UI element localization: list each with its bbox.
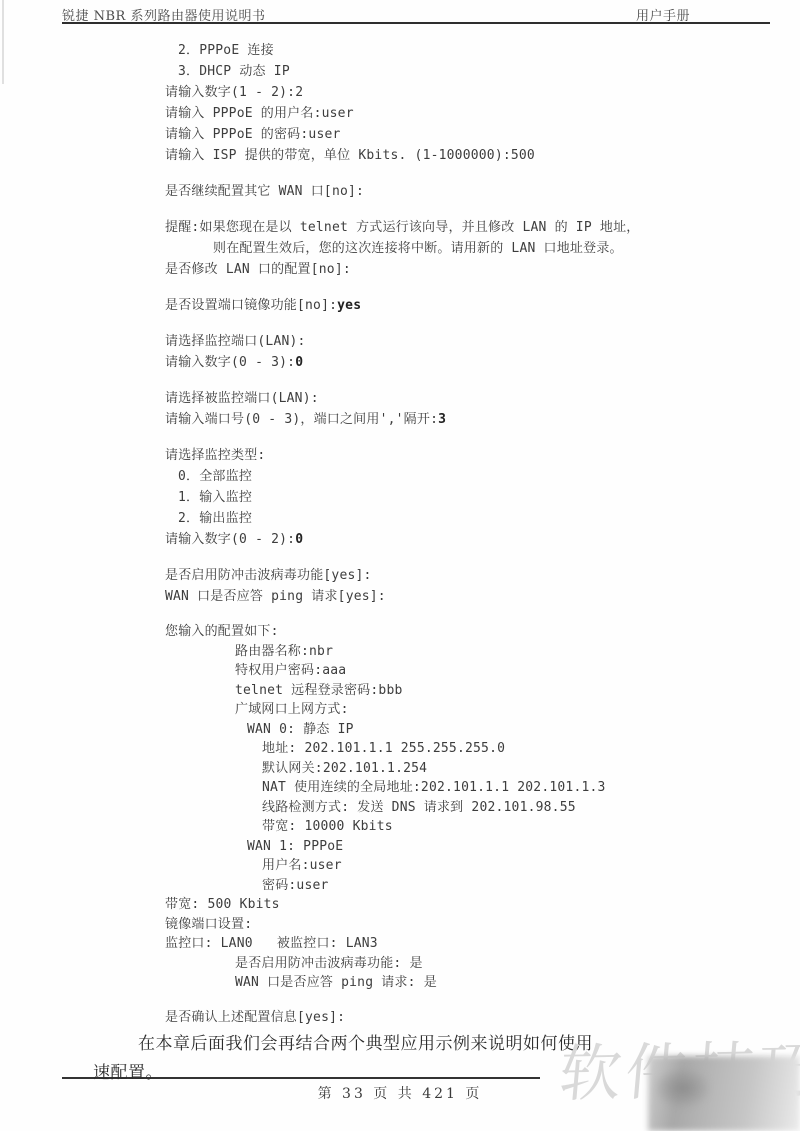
- console-line: 您输入的配置如下:: [165, 622, 725, 642]
- console-line: 提醒:如果您现在是以 telnet 方式运行该向导，并且修改 LAN 的 IP …: [165, 217, 725, 238]
- console-blank-line: [165, 607, 725, 622]
- console-blank-line: [165, 430, 725, 445]
- console-line: 请输入 PPPoE 的用户名:user: [165, 103, 725, 124]
- console-blank-line: [165, 166, 725, 181]
- console-line: 请输入数字(0 - 2):0: [165, 529, 725, 550]
- console-line: 则在配置生效后，您的这次连接将中断。请用新的 LAN 口地址登录。: [165, 238, 725, 259]
- console-line: 请输入 PPPoE 的密码:user: [165, 124, 725, 145]
- console-line: 监控口: LAN0 被监控口: LAN3: [165, 934, 725, 954]
- console-line: 请输入 ISP 提供的带宽，单位 Kbits. (1-1000000):500: [165, 145, 725, 166]
- console-line: NAT 使用连续的全局地址:202.101.1.1 202.101.1.3: [165, 778, 725, 798]
- console-line: 是否继续配置其它 WAN 口[no]:: [165, 181, 725, 202]
- page-number: 第 33 页 共 421 页: [318, 1086, 483, 1102]
- console-line: 1．输入监控: [165, 487, 725, 508]
- console-line: 特权用户密码:aaa: [165, 661, 725, 681]
- console-line: 线路检测方式: 发送 DNS 请求到 202.101.98.55: [165, 798, 725, 818]
- console-line: 密码:user: [165, 876, 725, 896]
- console-line: 请选择监控类型:: [165, 445, 725, 466]
- console-line: 是否修改 LAN 口的配置[no]:: [165, 259, 725, 280]
- header-rule: [62, 22, 770, 24]
- console-line: 地址: 202.101.1.1 255.255.255.0: [165, 739, 725, 759]
- console-line: 2．PPPoE 连接: [165, 40, 725, 61]
- console-line: 请选择监控端口(LAN):: [165, 331, 725, 352]
- console-line: 镜像端口设置:: [165, 915, 725, 935]
- console-blank-line: [165, 202, 725, 217]
- console-blank-line: [165, 316, 725, 331]
- console-line: WAN 口是否应答 ping 请求[yes]:: [165, 586, 725, 607]
- console-line: 3．DHCP 动态 IP: [165, 61, 725, 82]
- scan-blur-dark-spot: [655, 1068, 710, 1108]
- console-line: WAN 口是否应答 ping 请求: 是: [165, 973, 725, 993]
- console-line: 用户名:user: [165, 856, 725, 876]
- console-line: 2．输出监控: [165, 508, 725, 529]
- scan-edge-artifact: [2, 0, 4, 84]
- console-line: 请选择被监控端口(LAN):: [165, 388, 725, 409]
- console-line: 广域网口上网方式:: [165, 700, 725, 720]
- console-line: 带宽: 10000 Kbits: [165, 817, 725, 837]
- console-line: 请输入数字(1 - 2):2: [165, 82, 725, 103]
- console-line: 带宽: 500 Kbits: [165, 895, 725, 915]
- console-blank-line: [165, 993, 725, 1008]
- console-line: WAN 1: PPPoE: [165, 837, 725, 857]
- console-line: 请输入端口号(0 - 3)，端口之间用','隔开:3: [165, 409, 725, 430]
- console-line: 请输入数字(0 - 3):0: [165, 352, 725, 373]
- console-line: 是否启用防冲击波病毒功能[yes]:: [165, 565, 725, 586]
- console-line: 是否设置端口镜像功能[no]:yes: [165, 295, 725, 316]
- manual-page: 锐捷 NBR 系列路由器使用说明书 用户手册 2．PPPoE 连接3．DHCP …: [0, 0, 800, 1131]
- console-blank-line: [165, 280, 725, 295]
- console-blank-line: [165, 373, 725, 388]
- console-line: 路由器名称:nbr: [165, 642, 725, 662]
- console-transcript: 2．PPPoE 连接3．DHCP 动态 IP请输入数字(1 - 2):2请输入 …: [165, 40, 725, 1027]
- console-line: 是否启用防冲击波病毒功能: 是: [165, 954, 725, 974]
- console-blank-line: [165, 550, 725, 565]
- console-line: telnet 远程登录密码:bbb: [165, 681, 725, 701]
- console-line: 默认网关:202.101.1.254: [165, 759, 725, 779]
- console-line: 0．全部监控: [165, 466, 725, 487]
- console-line: WAN 0: 静态 IP: [165, 720, 725, 740]
